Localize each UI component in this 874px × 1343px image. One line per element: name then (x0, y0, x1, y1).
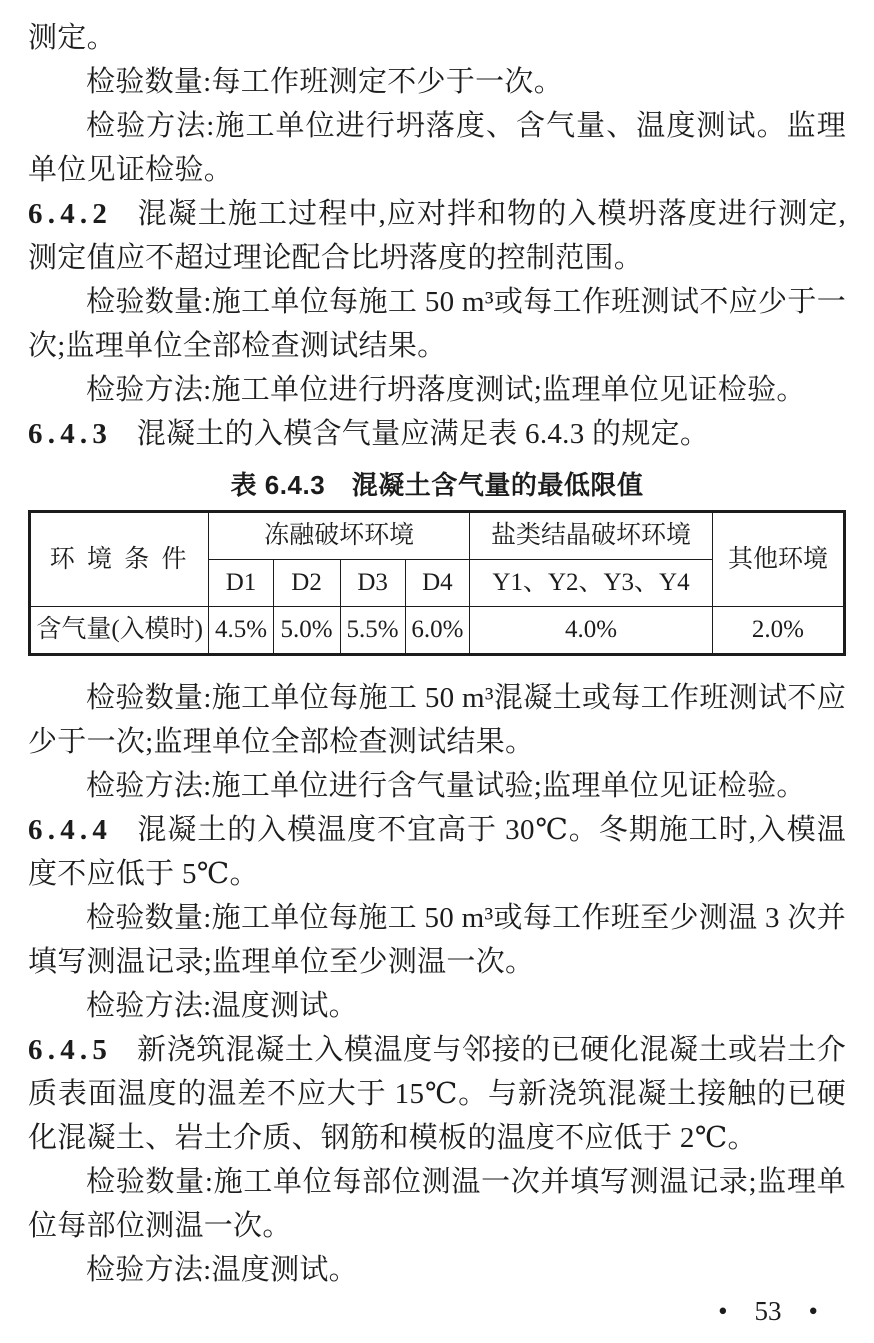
inspection-quantity-text: 检验数量:施工单位每施工 50 m³或每工作班测试不应少于一次;监理单位全部检查… (28, 280, 846, 368)
cell-air-content-d1: 4.5% (209, 607, 273, 655)
inspection-method-text: 检验方法:温度测试。 (28, 1248, 846, 1292)
col-header-freeze-thaw-group: 冻融破坏环境 (209, 512, 470, 560)
col-header-other-environment: 其他环境 (712, 512, 844, 607)
col-header-d2: D2 (273, 560, 340, 607)
inspection-method-text: 检验方法:施工单位进行坍落度测试;监理单位见证检验。 (28, 368, 846, 412)
row-label-air-content: 含气量(入模时) (30, 607, 209, 655)
clause-body-text: 混凝土施工过程中,应对拌和物的入模坍落度进行测定,测定值应不超过理论配合比坍落度… (28, 198, 846, 274)
col-header-d4: D4 (405, 560, 469, 607)
clause-6-4-5: 6.4.5新浇筑混凝土入模温度与邻接的已硬化混凝土或岩土介质表面温度的温差不应大… (28, 1028, 846, 1160)
col-header-d1: D1 (209, 560, 273, 607)
clause-number: 6.4.5 (28, 1034, 112, 1066)
clause-body-text: 混凝土的入模含气量应满足表 6.4.3 的规定。 (137, 418, 709, 450)
clause-number: 6.4.4 (28, 814, 112, 846)
inspection-method-text: 检验方法:施工单位进行含气量试验;监理单位见证检验。 (28, 764, 846, 808)
clause-6-4-4: 6.4.4混凝土的入模温度不宜高于 30℃。冬期施工时,入模温度不应低于 5℃。 (28, 808, 846, 896)
cell-air-content-y1-y4: 4.0% (470, 607, 713, 655)
air-content-table: 环 境 条 件 冻融破坏环境 盐类结晶破坏环境 其他环境 D1 D2 D3 D4… (28, 510, 846, 656)
clause-6-4-2: 6.4.2混凝土施工过程中,应对拌和物的入模坍落度进行测定,测定值应不超过理论配… (28, 192, 846, 280)
col-header-d3: D3 (340, 560, 405, 607)
clause-body-text: 新浇筑混凝土入模温度与邻接的已硬化混凝土或岩土介质表面温度的温差不应大于 15℃… (28, 1034, 846, 1154)
cell-air-content-d3: 5.5% (340, 607, 405, 655)
inspection-quantity-text: 检验数量:施工单位每施工 50 m³混凝土或每工作班测试不应少于一次;监理单位全… (28, 676, 846, 764)
clause-6-4-3: 6.4.3混凝土的入模含气量应满足表 6.4.3 的规定。 (28, 412, 846, 456)
inspection-quantity-text: 检验数量:每工作班测定不少于一次。 (28, 60, 846, 104)
document-page: 测定。 检验数量:每工作班测定不少于一次。 检验方法:施工单位进行坍落度、含气量… (0, 0, 874, 1343)
table-data-row: 含气量(入模时) 4.5% 5.0% 5.5% 6.0% 4.0% 2.0% (30, 607, 845, 655)
clause-continuation-text: 测定。 (28, 16, 846, 60)
col-header-salt-crystal-group: 盐类结晶破坏环境 (470, 512, 713, 560)
table-caption: 表 6.4.3 混凝土含气量的最低限值 (28, 468, 846, 502)
col-header-environment-condition: 环 境 条 件 (30, 512, 209, 607)
page-number: • 53 • (28, 1293, 846, 1329)
clause-number: 6.4.2 (28, 198, 112, 230)
cell-air-content-d2: 5.0% (273, 607, 340, 655)
inspection-quantity-text: 检验数量:施工单位每施工 50 m³或每工作班至少测温 3 次并填写测温记录;监… (28, 896, 846, 984)
inspection-method-text: 检验方法:温度测试。 (28, 984, 846, 1028)
cell-air-content-d4: 6.0% (405, 607, 469, 655)
inspection-method-text: 检验方法:施工单位进行坍落度、含气量、温度测试。监理单位见证检验。 (28, 104, 846, 192)
col-header-y1-y4: Y1、Y2、Y3、Y4 (470, 560, 713, 607)
table-header-row-groups: 环 境 条 件 冻融破坏环境 盐类结晶破坏环境 其他环境 (30, 512, 845, 560)
inspection-quantity-text: 检验数量:施工单位每部位测温一次并填写测温记录;监理单位每部位测温一次。 (28, 1160, 846, 1248)
clause-body-text: 混凝土的入模温度不宜高于 30℃。冬期施工时,入模温度不应低于 5℃。 (28, 814, 846, 890)
clause-number: 6.4.3 (28, 418, 112, 450)
cell-air-content-other: 2.0% (712, 607, 844, 655)
